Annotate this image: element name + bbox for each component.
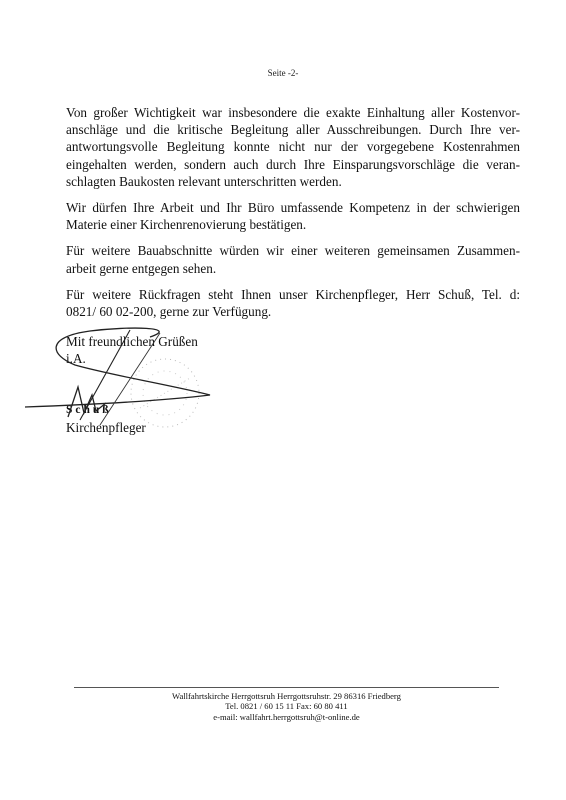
text-line: Für weitere Rückfragen steht Ihnen unser…	[66, 286, 520, 303]
text-line: Wir dürfen Ihre Arbeit und Ihr Büro umfa…	[66, 199, 520, 216]
text-line: Materie einer Kirchenrenovierung bestäti…	[66, 216, 520, 233]
text-line: eingehalten werden, sondern auch durch I…	[66, 156, 520, 173]
text-line: Von großer Wichtigkeit war insbesondere …	[66, 104, 520, 121]
letterhead-footer: Wallfahrtskirche Herrgottsruh Herrgottsr…	[74, 691, 499, 722]
paragraph-cost-control: Von großer Wichtigkeit war insbesondere …	[66, 104, 520, 190]
closing-block: Mit freundlichen Grüßen i.A.	[66, 333, 198, 367]
footer-address: Wallfahrtskirche Herrgottsruh Herrgottsr…	[74, 691, 499, 701]
footer-email: e-mail: wallfahrt.herrgottsruh@t-online.…	[74, 712, 499, 722]
page-number: Seite -2-	[0, 68, 566, 78]
letter-body: Von großer Wichtigkeit war insbesondere …	[66, 104, 520, 329]
text-line: 0821/ 60 02-200, gerne zur Verfügung.	[66, 303, 520, 320]
text-line: arbeit gerne entgegen sehen.	[66, 260, 520, 277]
text-line: schlagten Baukosten relevant unterschrit…	[66, 173, 520, 190]
on-behalf-label: i.A.	[66, 350, 198, 367]
signer-title: Kirchenpfleger	[66, 419, 146, 436]
text-line: anschläge und die kritische Begleitung a…	[66, 121, 520, 138]
closing-greeting: Mit freundlichen Grüßen	[66, 333, 198, 350]
footer-divider	[74, 687, 499, 688]
signer-name: Schuß	[66, 402, 146, 419]
paragraph-competence: Wir dürfen Ihre Arbeit und Ihr Büro umfa…	[66, 199, 520, 233]
signer-block: Schuß Kirchenpfleger	[66, 402, 146, 436]
text-line: Für weitere Bauabschnitte würden wir ein…	[66, 242, 520, 259]
paragraph-contact: Für weitere Rückfragen steht Ihnen unser…	[66, 286, 520, 320]
paragraph-future-work: Für weitere Bauabschnitte würden wir ein…	[66, 242, 520, 276]
text-line: antwortungsvolle Begleitung konnte nicht…	[66, 138, 520, 155]
footer-phone-fax: Tel. 0821 / 60 15 11 Fax: 60 80 411	[74, 701, 499, 711]
